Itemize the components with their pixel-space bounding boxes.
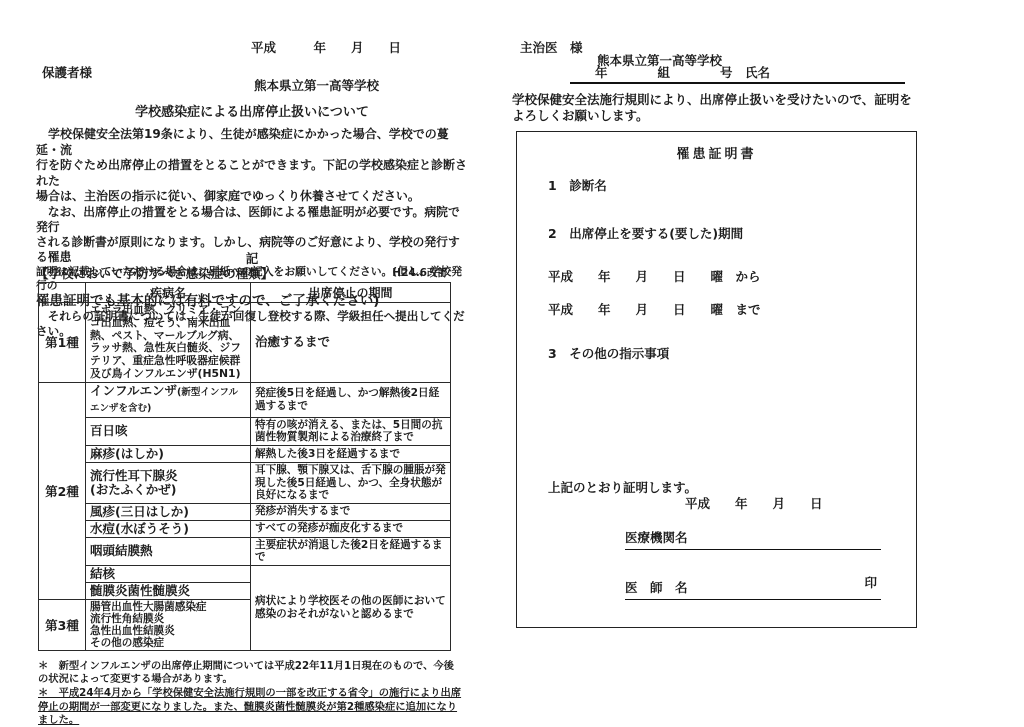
page-title: 学校感染症による出席停止扱いについて xyxy=(36,101,468,120)
item-suspension-period: 2 出席停止を要する(要した)期間 xyxy=(548,224,743,242)
footnote-1: ＊ 新型インフルエンザの出席停止期間については平成22年11月1日現在のもので、… xyxy=(38,660,463,686)
disease-name-cell: 風疹(三日はしか) xyxy=(86,503,251,520)
disease-name-cell: エボラ出血熱、クリミア・コンゴ出血熱、痘そう、南米出血熱、ペスト、マールブルグ病… xyxy=(86,303,251,383)
period-cell: 発症後5日を経過し、かつ解熱後2日経過するまで xyxy=(251,382,451,417)
certificate-page: 主治医 様 熊本県立第一高等学校 年 組 号 氏名 学校保健安全法施行規則により… xyxy=(510,0,1010,689)
doctor-name-field: 医 師 名 印 xyxy=(625,578,881,600)
period-from-line: 平成 年 月 日 曜 から xyxy=(548,267,761,285)
disease-name-cell: 流行性耳下腺炎 (おたふくかぜ) xyxy=(86,462,251,503)
period-cell: 治癒するまで xyxy=(251,303,451,383)
period-cell-span: 病状により学校医その他の医師において感染のおそれがないと認めるまで xyxy=(251,565,451,650)
period-cell: 耳下腺、顎下腺又は、舌下腺の腫脹が発現した後5日経過し、かつ、全身状態が良好にな… xyxy=(251,462,451,503)
table-row: 第1種 エボラ出血熱、クリミア・コンゴ出血熱、痘そう、南米出血熱、ペスト、マール… xyxy=(39,303,451,383)
table-row: 流行性耳下腺炎 (おたふくかぜ) 耳下腺、顎下腺又は、舌下腺の腫脹が発現した後5… xyxy=(39,462,451,503)
table-row: 百日咳 特有の咳が消える、または、5日間の抗菌性物質製剤による治療終了まで xyxy=(39,417,451,445)
seal-mark: 印 xyxy=(864,573,877,591)
category-1-label: 第1種 xyxy=(39,303,86,383)
col-header-disease: 疾病名 xyxy=(86,283,251,303)
category-3-label: 第3種 xyxy=(39,599,86,650)
certificate-date-line: 平成 年 月 日 xyxy=(685,494,823,512)
table-header-row: 疾病名 出席停止の期間 xyxy=(39,283,451,303)
salutation-guardian: 保護者様 xyxy=(42,63,92,81)
notice-page: 平成 年 月 日 保護者様 熊本県立第一高等学校 学校感染症による出席停止扱いに… xyxy=(36,0,468,689)
disease-name-cell: 髄膜炎菌性髄膜炎 xyxy=(86,582,251,599)
request-text: 学校保健安全法施行規則により、出席停止扱いを受けたいので、証明を よろしくお願い… xyxy=(512,92,982,123)
certificate-box: 罹患証明書 1 診断名 2 出席停止を要する(要した)期間 平成 年 月 日 曜… xyxy=(516,131,917,628)
disease-name-cell: 結核 xyxy=(86,565,251,582)
period-cell: 特有の咳が消える、または、5日間の抗菌性物質製剤による治療終了まで xyxy=(251,417,451,445)
revision-note: H24.6改訂 xyxy=(392,265,448,280)
table-row: 水痘(水ぼうそう) すべての発疹が痂皮化するまで xyxy=(39,520,451,537)
table-row: 風疹(三日はしか) 発疹が消失するまで xyxy=(39,503,451,520)
institution-name-field: 医療機関名 xyxy=(625,528,881,550)
period-cell: すべての発疹が痂皮化するまで xyxy=(251,520,451,537)
table-row: 第2種 インフルエンザ(新型インフルエンザを含む) 発症後5日を経過し、かつ解熱… xyxy=(39,382,451,417)
table-heading: 【学校において予防すべき感染症の種類】 xyxy=(36,266,273,281)
period-cell: 主要症状が消退した後2日を経過するまで xyxy=(251,537,451,565)
period-cell: 発疹が消失するまで xyxy=(251,503,451,520)
corner-cell xyxy=(39,283,86,303)
disease-name-cell: インフルエンザ(新型インフルエンザを含む) xyxy=(86,382,251,417)
student-info-line: 年 組 号 氏名 xyxy=(570,63,905,84)
period-to-line: 平成 年 月 日 曜 まで xyxy=(548,300,761,318)
table-row: 咽頭結膜熱 主要症状が消退した後2日を経過するまで xyxy=(39,537,451,565)
disease-name-cell: 麻疹(はしか) xyxy=(86,445,251,462)
category-2-label: 第2種 xyxy=(39,382,86,599)
period-cell: 解熱した後3日を経過するまで xyxy=(251,445,451,462)
disease-name-cell: 水痘(水ぼうそう) xyxy=(86,520,251,537)
footnotes: ＊ 新型インフルエンザの出席停止期間については平成22年11月1日現在のもので、… xyxy=(38,660,463,689)
disease-name-cell: 咽頭結膜熱 xyxy=(86,537,251,565)
certificate-title: 罹患証明書 xyxy=(517,143,916,162)
col-header-period: 出席停止の期間 xyxy=(251,283,451,303)
item-diagnosis: 1 診断名 xyxy=(548,176,607,194)
school-name: 熊本県立第一高等学校 xyxy=(254,76,379,94)
certify-statement: 上記のとおり証明します。 xyxy=(548,478,697,496)
table-and-footnotes: 疾病名 出席停止の期間 第1種 エボラ出血熱、クリミア・コンゴ出血熱、痘そう、南… xyxy=(38,282,450,689)
table-row: 麻疹(はしか) 解熱した後3日を経過するまで xyxy=(39,445,451,462)
table-heading-row: 【学校において予防すべき感染症の種類】 H24.6改訂 xyxy=(36,263,448,282)
disease-name-cell: 百日咳 xyxy=(86,417,251,445)
addressee-doctor: 主治医 様 xyxy=(520,38,583,56)
table-row: 結核 病状により学校医その他の医師において感染のおそれがないと認めるまで xyxy=(39,565,451,582)
date-line: 平成 年 月 日 xyxy=(251,38,401,56)
doctor-name-label: 医 師 名 xyxy=(625,580,688,595)
infectious-disease-table: 疾病名 出席停止の期間 第1種 エボラ出血熱、クリミア・コンゴ出血熱、痘そう、南… xyxy=(38,282,451,651)
disease-name: インフルエンザ xyxy=(90,383,177,398)
intro-paragraph-1: 学校保健安全法第19条により、生徒が感染症にかかった場合、学校での蔓延・流 行を… xyxy=(36,127,468,205)
item-other-instructions: 3 その他の指示事項 xyxy=(548,344,669,362)
disease-name-cell: 腸管出血性大腸菌感染症 流行性角結膜炎 急性出血性結膜炎 その他の感染症 xyxy=(86,599,251,650)
